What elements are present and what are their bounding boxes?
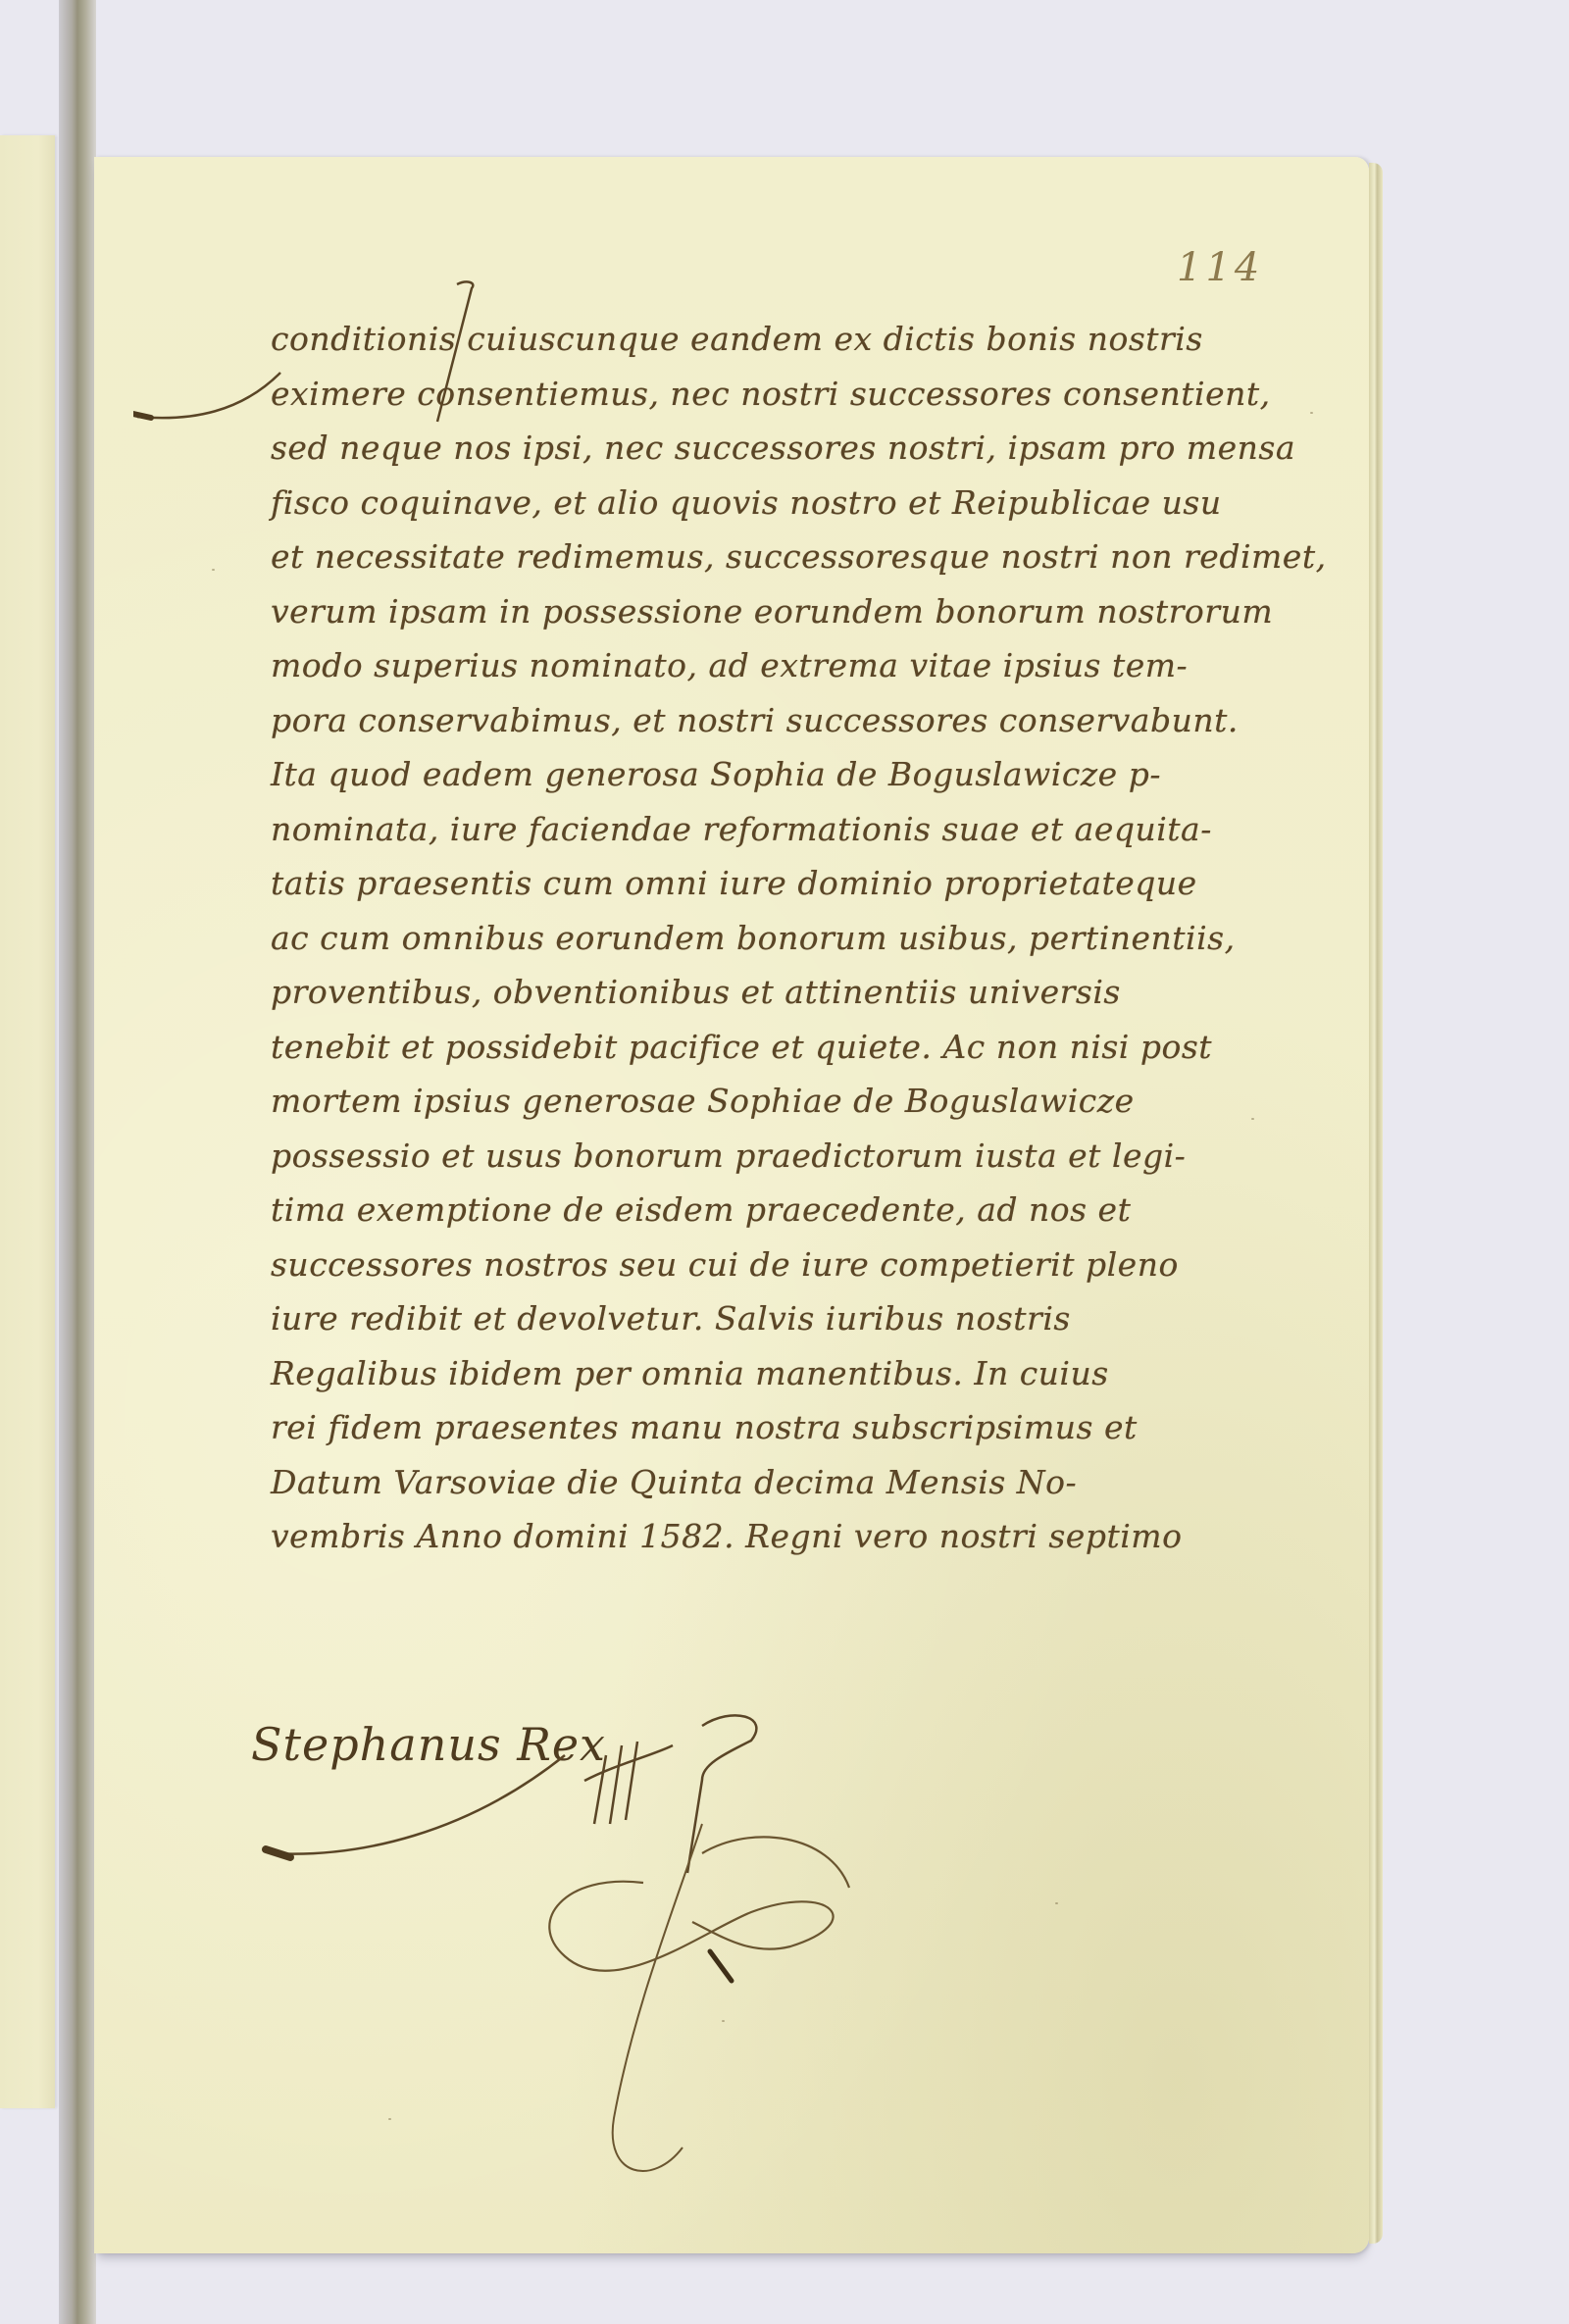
manuscript-line: tatis praesentis cum omni iure dominio p… bbox=[271, 856, 1261, 911]
manuscript-folio: 114 conditionis cuiuscunque eandem ex di… bbox=[94, 157, 1369, 2253]
manuscript-line: Regalibus ibidem per omnia manentibus. I… bbox=[271, 1346, 1261, 1401]
manuscript-line: tima exemptione de eisdem praecedente, a… bbox=[271, 1183, 1261, 1238]
paper-speck bbox=[388, 2118, 391, 2120]
manuscript-line: tenebit et possidebit pacifice et quiete… bbox=[271, 1020, 1261, 1075]
manuscript-line: sed neque nos ipsi, nec successores nost… bbox=[271, 421, 1261, 476]
manuscript-line: ac cum omnibus eorundem bonorum usibus, … bbox=[271, 911, 1261, 966]
book-gutter bbox=[59, 0, 96, 2324]
paper-speck bbox=[1055, 1902, 1058, 1904]
royal-signature: Stephanus Rex bbox=[251, 1718, 606, 1771]
facing-page-edge bbox=[0, 135, 55, 2108]
manuscript-line: modo superius nominato, ad extrema vitae… bbox=[271, 638, 1261, 693]
manuscript-line: proventibus, obventionibus et attinentii… bbox=[271, 965, 1261, 1020]
manuscript-text: conditionis cuiuscunque eandem ex dictis… bbox=[271, 312, 1261, 1564]
page-fore-edge bbox=[1369, 163, 1383, 2244]
manuscript-line: possessio et usus bonorum praedictorum i… bbox=[271, 1129, 1261, 1184]
manuscript-line: successores nostros seu cui de iure comp… bbox=[271, 1238, 1261, 1292]
manuscript-line: eximere consentiemus, nec nostri success… bbox=[271, 367, 1261, 422]
paper-speck bbox=[722, 2020, 725, 2022]
manuscript-line: rei fidem praesentes manu nostra subscri… bbox=[271, 1400, 1261, 1455]
manuscript-line: fisco coquinave, et alio quovis nostro e… bbox=[271, 476, 1261, 530]
manuscript-line: et necessitate redimemus, successoresque… bbox=[271, 530, 1261, 584]
manuscript-line: vembris Anno domini 1582. Regni vero nos… bbox=[271, 1509, 1261, 1564]
manuscript-line: Ita quod eadem generosa Sophia de Bogusl… bbox=[271, 747, 1261, 802]
manuscript-line: conditionis cuiuscunque eandem ex dictis… bbox=[271, 312, 1261, 367]
folio-number: 114 bbox=[1177, 245, 1263, 290]
manuscript-line: Datum Varsoviae die Quinta decima Mensis… bbox=[271, 1455, 1261, 1510]
manuscript-line: nominata, iure faciendae reformationis s… bbox=[271, 802, 1261, 857]
manuscript-line: verum ipsam in possessione eorundem bono… bbox=[271, 584, 1261, 639]
manuscript-line: iure redibit et devolvetur. Salvis iurib… bbox=[271, 1291, 1261, 1346]
manuscript-line: pora conservabimus, et nostri successore… bbox=[271, 693, 1261, 748]
manuscript-line: mortem ipsius generosae Sophiae de Bogus… bbox=[271, 1074, 1261, 1129]
paper-speck bbox=[1310, 412, 1313, 414]
paper-speck bbox=[212, 569, 215, 571]
